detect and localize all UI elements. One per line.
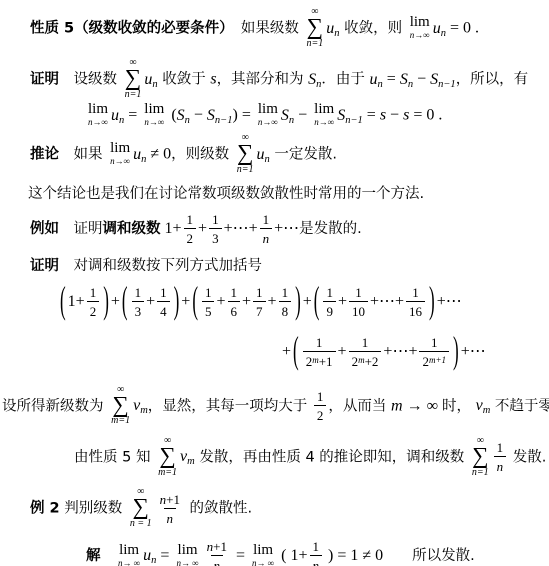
term-base: S (207, 107, 215, 124)
term-base: u (133, 146, 141, 163)
math-subscript-term: Sn (400, 69, 413, 88)
term-script: n−1 (438, 79, 456, 90)
term-script: m (140, 405, 148, 416)
corollary: 推论 如果 limn→∞un ≠ 0，则级数 ∞∑n=1un 一定发散. (30, 133, 549, 175)
math-subscript-term: vm (476, 395, 491, 414)
math-subscript-term: un (433, 18, 446, 37)
text-run: 所以发散. (383, 548, 475, 564)
math-subscript-term: un (144, 69, 157, 88)
math-subscript-term: un (143, 545, 156, 564)
lim-underscript: n→∞ (258, 117, 278, 128)
denominator: 3 (132, 301, 145, 319)
math-operator-run: 1 (135, 285, 142, 300)
limit-operator: limn→ ∞ (176, 543, 198, 566)
math-operator-run: − (294, 107, 311, 124)
new-series-vm: 设所得新级数为 ∞∑m=1vm，显然，其每一项均大于 12，从而当 m → ∞ … (2, 385, 549, 427)
math-operator-run: + (303, 293, 312, 310)
math-subscript-term: un (111, 105, 124, 124)
bold-text: 证明 (30, 258, 59, 274)
fraction: 116 (406, 284, 425, 319)
math-operator-run: 1 (412, 285, 419, 300)
math-operator-run: +⋯+ (224, 220, 258, 237)
text-run: 如果 (59, 147, 107, 163)
numerator: 1 (87, 284, 100, 301)
math-subscript-term: Sn−1 (207, 105, 233, 124)
fraction: 19 (323, 284, 336, 319)
text-run: 是发散的. (299, 221, 362, 237)
math-operator-run: 1 (256, 285, 263, 300)
denominator: n (260, 228, 273, 246)
right-big-paren: ) (295, 279, 301, 323)
math-operator-run: +1 (319, 354, 333, 369)
numerator: 1 (228, 284, 241, 301)
math-variable: n (263, 231, 270, 246)
fraction: 13 (132, 284, 145, 319)
lim-underscript: n→ ∞ (252, 558, 274, 566)
math-operator-run: 1 (316, 335, 323, 350)
bold-text: 调和级数 (103, 221, 161, 237)
right-big-paren: ) (103, 279, 109, 323)
math-operator-run: = (363, 107, 380, 124)
bold-text: 例如 (30, 221, 59, 237)
term-base: u (370, 71, 378, 88)
numerator: 1 (409, 284, 422, 301)
sum-lower-limit: n = 1 (130, 518, 152, 530)
limit-operator: limn→ ∞ (252, 543, 274, 566)
bold-text: 例 2 (30, 501, 60, 517)
math-operator-run: − (413, 71, 430, 88)
fraction: 14 (157, 284, 170, 319)
math-operator-run: = (383, 71, 400, 88)
lim-word: lim (314, 102, 334, 117)
math-operator-run: +⋯+ (370, 293, 404, 310)
solution: 解 limn→ ∞un = limn→ ∞n+1n = limn→ ∞ ( 1+… (86, 538, 549, 566)
math-operator-run: 8 (282, 304, 289, 319)
fraction: 12m+1 (303, 334, 336, 369)
math-operator-run: +2 (365, 354, 379, 369)
left-big-paren: ( (314, 279, 320, 323)
limit-operator: limn→∞ (144, 102, 164, 128)
textbook-page: 性质 5（级数收敛的必要条件） 如果级数 ∞∑n=1un 收敛，则 limn→∞… (0, 0, 549, 566)
summation-symbol: ∞∑m=1 (158, 436, 177, 478)
math-operator-run: 1 (205, 285, 212, 300)
text-run: ，所以，有 (456, 72, 529, 88)
math-operator-run: ) = (233, 107, 255, 124)
math-operator-run: + (216, 293, 225, 310)
term-base: u (257, 146, 265, 163)
bold-text: 推论 (30, 147, 59, 163)
limit-operator: limn→∞ (410, 15, 430, 41)
numerator: 1 (202, 284, 215, 301)
limit-operator: limn→∞ (110, 141, 130, 167)
math-operator-run: 1 (231, 285, 238, 300)
sum-lower-limit: n=1 (472, 467, 489, 479)
denominator: 2 (184, 228, 197, 246)
math-operator-run: 1 (187, 212, 194, 227)
numerator: 1 (209, 211, 222, 228)
lim-word: lim (119, 543, 139, 558)
math-operator-run: − (386, 107, 403, 124)
math-subscript-term: Sn (177, 105, 190, 124)
sigma-sign: ∑ (237, 143, 253, 164)
term-base: S (430, 71, 438, 88)
left-big-paren: ( (60, 279, 66, 323)
fraction: 16 (228, 284, 241, 319)
term-base: S (337, 107, 345, 124)
math-operator-run: +⋯ (461, 343, 486, 360)
math-operator-run: +⋯+ (383, 343, 417, 360)
text-run: 不趋于零. (490, 398, 549, 414)
math-operator-run: = 0 . (409, 107, 442, 124)
proof-necessity: 证明 设级数 ∞∑n=1un 收敛于 s，其部分和为 Sn．由于 un = Sn… (30, 58, 549, 100)
bold-text: 性质 5（级数收敛的必要条件） (30, 21, 226, 37)
math-operator-run: ( (167, 107, 176, 124)
fraction: 12m+2 (349, 334, 382, 369)
math-operator-run: 1+ (68, 293, 85, 310)
math-operator-run: ( 1+ (277, 547, 307, 564)
math-operator-run: + (198, 220, 207, 237)
summation-symbol: ∞∑n=1 (307, 7, 324, 49)
lim-underscript: n→ ∞ (176, 558, 198, 566)
text-run: ，显然，其每一项均大于 (148, 398, 312, 414)
sigma-sign: ∑ (133, 497, 149, 518)
fraction: 12 (87, 284, 100, 319)
math-operator-run: 3 (135, 304, 142, 319)
left-big-paren: ( (122, 279, 128, 323)
math-operator-run: 1+ (161, 220, 182, 237)
sigma-sign: ∑ (112, 395, 128, 416)
math-variable: n (313, 558, 320, 566)
math-operator-run: 1 (263, 212, 270, 227)
math-subscript-term: vm (180, 446, 195, 465)
denominator: 2 (314, 405, 327, 423)
math-operator-run: 1 (212, 212, 219, 227)
denominator: n (211, 555, 224, 566)
text-run: 设所得新级数为 (2, 398, 108, 414)
sigma-sign: ∑ (159, 446, 175, 467)
fraction: 12m+1 (419, 334, 449, 369)
lim-word: lim (88, 102, 108, 117)
math-operator-run: = (232, 547, 249, 564)
math-subscript-term: un (326, 18, 339, 37)
math-operator-run: 2 (317, 408, 324, 423)
limit-operator: limn→∞ (88, 102, 108, 128)
math-operator-run: 1 (326, 285, 333, 300)
math-subscript-term: un (133, 144, 146, 163)
text-run: 时， (442, 398, 476, 414)
denominator: 5 (202, 301, 215, 319)
text-run: 这个结论也是我们在讨论常数项级数敛散性时常用的一个方法. (28, 186, 424, 202)
numerator: 1 (310, 538, 323, 555)
term-script: n−1 (215, 115, 233, 126)
math-operator-run: 2 (187, 231, 194, 246)
lim-word: lim (253, 543, 273, 558)
numerator: 1 (494, 439, 507, 456)
text-run: ，从而当 (328, 398, 391, 414)
math-operator-run: 1 (90, 285, 97, 300)
math-operator-run: 1 (355, 285, 362, 300)
math-variable: n (497, 459, 504, 474)
math-operator-run: + (111, 293, 120, 310)
sum-lower-limit: n=1 (237, 164, 254, 176)
property-5-statement: 性质 5（级数收敛的必要条件） 如果级数 ∞∑n=1un 收敛，则 limn→∞… (30, 7, 549, 49)
math-operator-run: 5 (205, 304, 212, 319)
summation-symbol: ∞∑n = 1 (130, 487, 152, 529)
math-operator-run: +1 (166, 492, 180, 507)
text-run: 设级数 (59, 72, 122, 88)
denominator: n (164, 508, 177, 526)
fraction: 12 (314, 388, 327, 423)
lim-word: lim (258, 102, 278, 117)
text-run: 收敛于 (158, 72, 211, 88)
term-base: u (111, 107, 119, 124)
term-base: S (308, 71, 316, 88)
math-operator-run: + (268, 293, 277, 310)
math-power-term: 2m (306, 351, 319, 370)
sigma-sign: ∑ (472, 446, 488, 467)
math-subscript-term: Sn (281, 105, 294, 124)
text-run: 发散. (508, 449, 546, 465)
denominator: 9 (323, 301, 336, 319)
math-operator-run: 6 (231, 304, 238, 319)
math-subscript-term: vm (133, 395, 148, 414)
sum-lower-limit: m=1 (158, 467, 177, 479)
math-operator-run: 1 (160, 285, 167, 300)
term-script: n−1 (345, 115, 363, 126)
limit-operator: limn→ ∞ (118, 543, 140, 566)
math-operator-run: 1 (497, 440, 504, 455)
lim-underscript: n→∞ (88, 117, 108, 128)
text-run: 的敛散性. (185, 501, 252, 517)
text-run: 一定发散. (270, 147, 337, 163)
denominator: n (310, 555, 323, 566)
lim-underscript: n→∞ (144, 117, 164, 128)
term-base: S (177, 107, 185, 124)
math-operator-run: + (338, 293, 347, 310)
math-operator-run: 4 (160, 304, 167, 319)
text-run: ．由于 (321, 72, 369, 88)
sum-lower-limit: m=1 (111, 415, 130, 427)
math-operator-run: +⋯ (274, 220, 299, 237)
math-operator-run: ) = 1 ≠ 0 (324, 547, 383, 564)
numerator: 1 (313, 334, 326, 351)
math-operator-run: +⋯ (437, 293, 462, 310)
fraction: 1n (310, 538, 323, 566)
numerator: 1 (352, 284, 365, 301)
term-script: m+1 (429, 355, 446, 365)
limit-operator: limn→∞ (258, 102, 278, 128)
numerator: 1 (184, 211, 197, 228)
grouped-series-line2: +(12m+1+12m+2+⋯+12m+1)+⋯ (282, 334, 549, 369)
lim-word: lim (110, 141, 130, 156)
math-operator-run: 1 (362, 335, 369, 350)
math-operator-run: +1 (213, 539, 227, 554)
term-base: S (281, 107, 289, 124)
lim-word: lim (144, 102, 164, 117)
sigma-sign: ∑ (307, 17, 323, 38)
bold-text: 证明 (30, 72, 59, 88)
summation-symbol: ∞∑n=1 (472, 436, 489, 478)
numerator: 1 (253, 284, 266, 301)
fraction: 15 (202, 284, 215, 319)
summation-symbol: ∞∑m=1 (111, 385, 130, 427)
math-operator-run: = (124, 107, 141, 124)
math-operator-run: + (338, 343, 347, 360)
lim-underscript: n→∞ (110, 156, 130, 167)
math-variable: n (214, 558, 221, 566)
math-operator-run: 16 (409, 304, 422, 319)
text-run: ，其部分和为 (217, 72, 309, 88)
term-base: u (143, 547, 151, 564)
denominator: 4 (157, 301, 170, 319)
conclusion-divergence: 由性质 5 知 ∞∑m=1vm 发散，再由性质 4 的推论即知，调和级数 ∞∑n… (74, 436, 549, 478)
summation-symbol: ∞∑n=1 (125, 58, 142, 100)
fraction: 17 (253, 284, 266, 319)
text-run: 判别级数 (60, 501, 127, 517)
text-run: 由性质 5 知 (74, 449, 155, 465)
numerator: 1 (314, 388, 327, 405)
lim-word: lim (178, 543, 198, 558)
numerator: n+1 (157, 491, 183, 508)
denominator: 16 (406, 301, 425, 319)
numerator: 1 (359, 334, 372, 351)
numerator: 1 (157, 284, 170, 301)
text-run: 对调和级数按下列方式加括号 (59, 258, 262, 274)
math-operator-run: = 0 . (446, 20, 479, 37)
math-subscript-term: un (370, 69, 383, 88)
math-variable: m (391, 397, 403, 414)
right-big-paren: ) (429, 279, 435, 323)
example-harmonic-series: 例如 证明调和级数 1+12+13+⋯+1n+⋯是发散的. (30, 211, 549, 246)
sigma-sign: ∑ (125, 68, 141, 89)
fraction: 1n (494, 439, 507, 474)
text-run: 发散，再由性质 4 的推论即知，调和级数 (195, 449, 469, 465)
numerator: 1 (260, 211, 273, 228)
numerator: 1 (428, 334, 441, 351)
sum-lower-limit: n=1 (125, 89, 142, 101)
math-operator-run: 1 (317, 389, 324, 404)
math-variable: n (167, 511, 174, 526)
fraction: 1n (260, 211, 273, 246)
denominator: 2m+1 (303, 351, 336, 369)
numerator: 1 (323, 284, 336, 301)
math-subscript-term: un (257, 144, 270, 163)
math-power-term: 2m (352, 351, 365, 370)
math-operator-run: → ∞ (403, 397, 442, 414)
text-run: 收敛，则 (340, 21, 407, 37)
remark: 这个结论也是我们在讨论常数项级数敛散性时常用的一个方法. (28, 184, 549, 203)
math-operator-run: 10 (352, 304, 365, 319)
denominator: 3 (209, 228, 222, 246)
right-big-paren: ) (453, 329, 459, 373)
numerator: n+1 (204, 538, 230, 555)
term-base: S (400, 71, 408, 88)
denominator: 7 (253, 301, 266, 319)
math-operator-run: + (282, 343, 291, 360)
left-big-paren: ( (293, 329, 299, 373)
example-2: 例 2 判别级数 ∞∑n = 1n+1n 的敛散性. (30, 487, 549, 529)
denominator: 10 (349, 301, 368, 319)
text-run: 证明 (59, 221, 103, 237)
numerator: 1 (132, 284, 145, 301)
fraction: 18 (279, 284, 292, 319)
bold-text: 解 (86, 548, 101, 564)
numerator: 1 (279, 284, 292, 301)
lim-underscript: n→ ∞ (118, 558, 140, 566)
math-operator-run: + (146, 293, 155, 310)
denominator: 2 (87, 301, 100, 319)
math-operator-run: − (190, 107, 207, 124)
term-script: m (187, 456, 195, 467)
lim-word: lim (410, 15, 430, 30)
lim-underscript: n→∞ (314, 117, 334, 128)
math-operator-run: = (156, 547, 173, 564)
grouped-series-line1: (1+12)+(13+14)+(15+16+17+18)+(19+110+⋯+1… (58, 284, 549, 319)
text-run: ，则级数 (171, 147, 234, 163)
text-run: 如果级数 (226, 21, 303, 37)
left-big-paren: ( (192, 279, 198, 323)
math-operator-run: ≠ 0 (146, 146, 171, 163)
term-base: v (476, 397, 483, 414)
fraction: 13 (209, 211, 222, 246)
math-operator-run: 2 (90, 304, 97, 319)
right-big-paren: ) (174, 279, 180, 323)
math-operator-run: + (181, 293, 190, 310)
summation-symbol: ∞∑n=1 (237, 133, 254, 175)
denominator: 6 (228, 301, 241, 319)
math-operator-run: 1 (431, 335, 438, 350)
limit-equation: limn→∞un = limn→∞ (Sn − Sn−1) = limn→∞Sn… (85, 102, 549, 128)
denominator: n (494, 456, 507, 474)
math-subscript-term: Sn (308, 69, 321, 88)
math-operator-run: 9 (326, 304, 333, 319)
math-subscript-term: Sn−1 (337, 105, 363, 124)
denominator: 2m+1 (419, 351, 449, 369)
denominator: 8 (279, 301, 292, 319)
math-operator-run: 1 (282, 285, 289, 300)
math-subscript-term: Sn−1 (430, 69, 456, 88)
math-power-term: 2m+1 (422, 351, 446, 370)
lim-underscript: n→∞ (410, 30, 430, 41)
math-operator-run: 7 (256, 304, 263, 319)
fraction: n+1n (204, 538, 230, 566)
fraction: 12 (184, 211, 197, 246)
text-run (101, 548, 116, 564)
limit-operator: limn→∞ (314, 102, 334, 128)
term-base: u (433, 20, 441, 37)
math-operator-run: + (242, 293, 251, 310)
denominator: 2m+2 (349, 351, 382, 369)
fraction: n+1n (157, 491, 183, 526)
proof-bracketing: 证明 对调和级数按下列方式加括号 (30, 256, 549, 275)
sum-lower-limit: n=1 (307, 38, 324, 50)
math-operator-run: 1 (313, 539, 320, 554)
math-operator-run: 3 (212, 231, 219, 246)
fraction: 110 (349, 284, 368, 319)
